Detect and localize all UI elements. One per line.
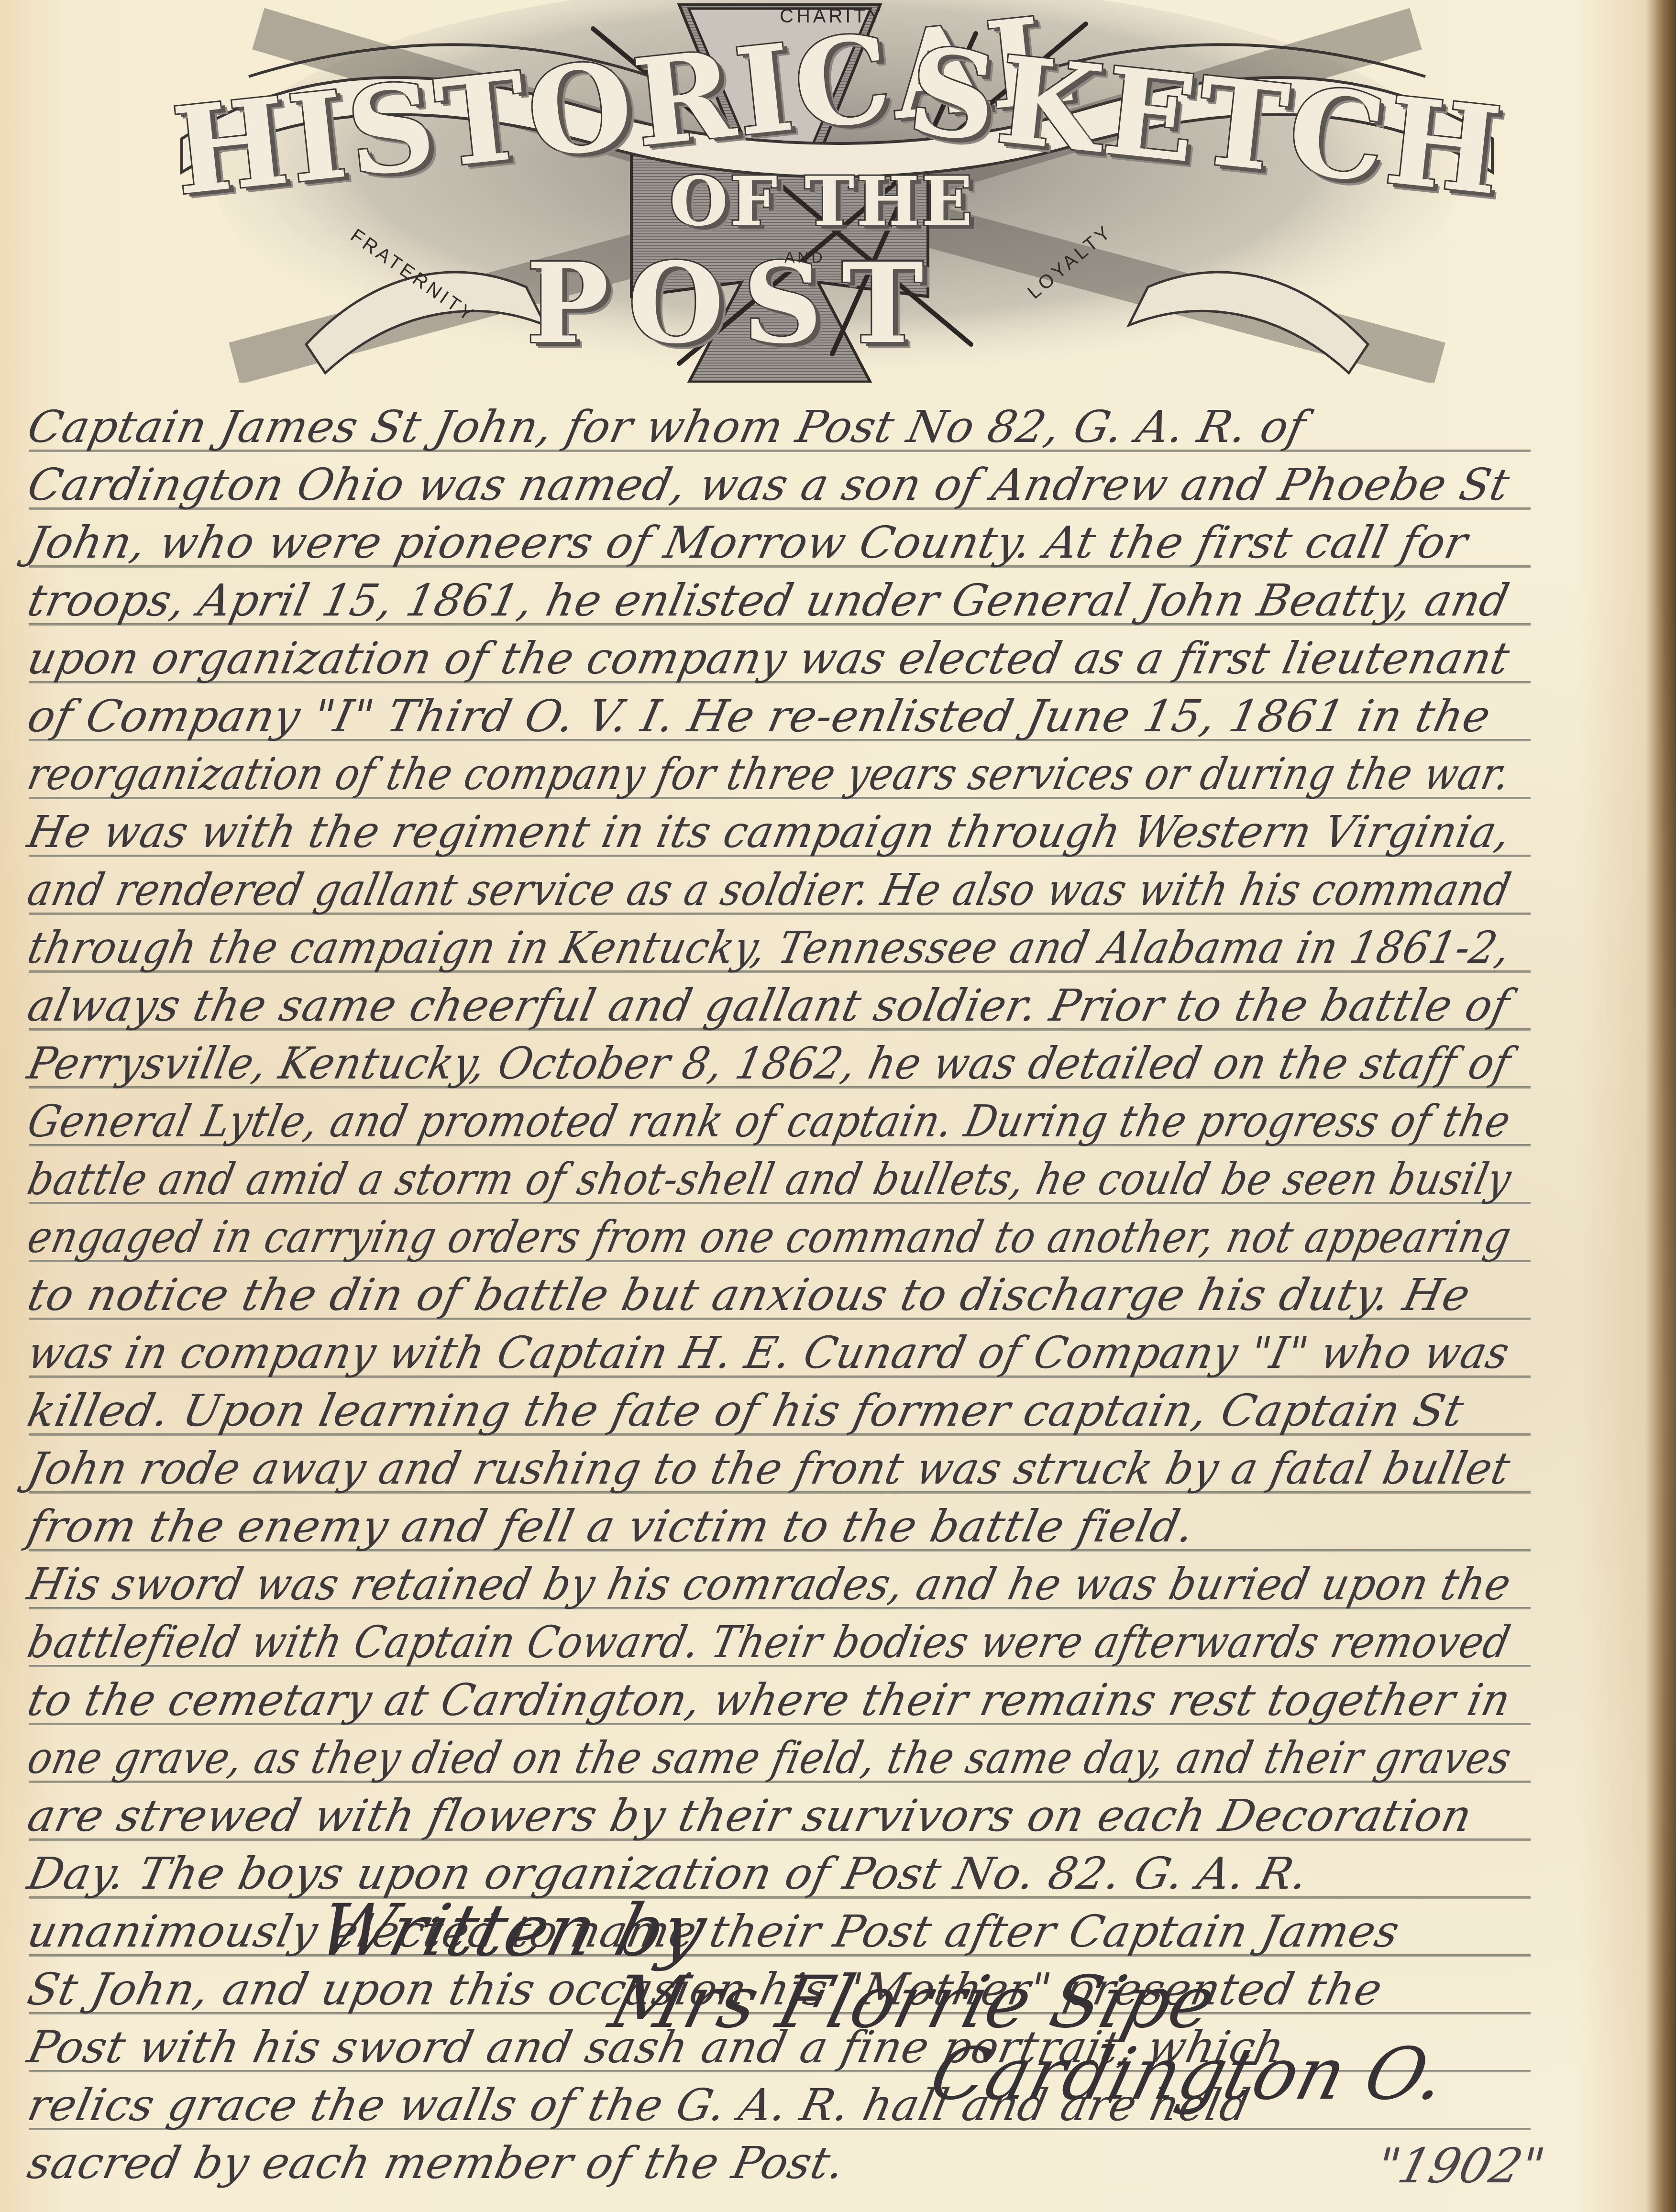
header-title-of-the: OF THE (670, 163, 974, 241)
historical-sketch-text: Captain James St John, for whom Post No … (29, 398, 1531, 2192)
text-line: General Lytle, and promoted rank of capt… (22, 1092, 1537, 1150)
text-line: unanimously elected to name their Post a… (22, 1903, 1537, 1960)
signature-place: Cardington O. (922, 2033, 1455, 2116)
text-line: one grave, as they died on the same fiel… (22, 1729, 1537, 1787)
page-header-engraving: HISTORICAL SKETCH OF THE POST CHARITY FR… (163, 0, 1511, 383)
text-line: John rode away and rushing to the front … (22, 1440, 1537, 1497)
text-line: through the campaign in Kentucky, Tennes… (22, 919, 1537, 977)
text-line: to the cemetary at Cardington, where the… (22, 1671, 1537, 1729)
text-line: to notice the din of battle but anxious … (22, 1266, 1537, 1324)
text-line: Captain James St John, for whom Post No … (22, 398, 1537, 456)
header-title-post: POST (526, 239, 943, 368)
text-line: His sword was retained by his comrades, … (22, 1555, 1537, 1613)
text-line: and rendered gallant service as a soldie… (22, 861, 1537, 919)
signature-year: "1902" (1370, 2138, 1550, 2194)
text-line: Day. The boys upon organization of Post … (22, 1845, 1537, 1903)
text-line: of Company "I" Third O. V. I. He re-enli… (22, 687, 1537, 745)
text-line: from the enemy and fell a victim to the … (22, 1497, 1537, 1555)
text-line: always the same cheerful and gallant sol… (22, 977, 1537, 1034)
text-line: upon organization of the company was ele… (22, 629, 1537, 687)
motto-and: AND (784, 249, 826, 266)
text-line: reorganization of the company for three … (22, 745, 1537, 803)
text-line: Perrysville, Kentucky, October 8, 1862, … (22, 1034, 1537, 1092)
text-line: He was with the regiment in its campaign… (22, 803, 1537, 861)
motto-charity: CHARITY (780, 6, 884, 27)
text-line: engaged in carrying orders from one comm… (22, 1208, 1537, 1266)
text-line: was in company with Captain H. E. Cunard… (22, 1324, 1537, 1382)
text-line: sacred by each member of the Post. (22, 2134, 1537, 2192)
text-line: battle and amid a storm of shot-shell an… (22, 1150, 1537, 1208)
signature-author: Mrs Florrie Sipe (602, 1961, 1223, 2044)
text-line: are strewed with flowers by their surviv… (22, 1787, 1537, 1845)
signature-written-by: Written by (310, 1889, 714, 1972)
text-line: John, who were pioneers of Morrow County… (22, 514, 1537, 572)
text-line: troops, April 15, 1861, he enlisted unde… (22, 572, 1537, 629)
text-line: killed. Upon learning the fate of his fo… (22, 1382, 1537, 1440)
text-line: battlefield with Captain Coward. Their b… (22, 1613, 1537, 1671)
text-line: Cardington Ohio was named, was a son of … (22, 456, 1537, 514)
